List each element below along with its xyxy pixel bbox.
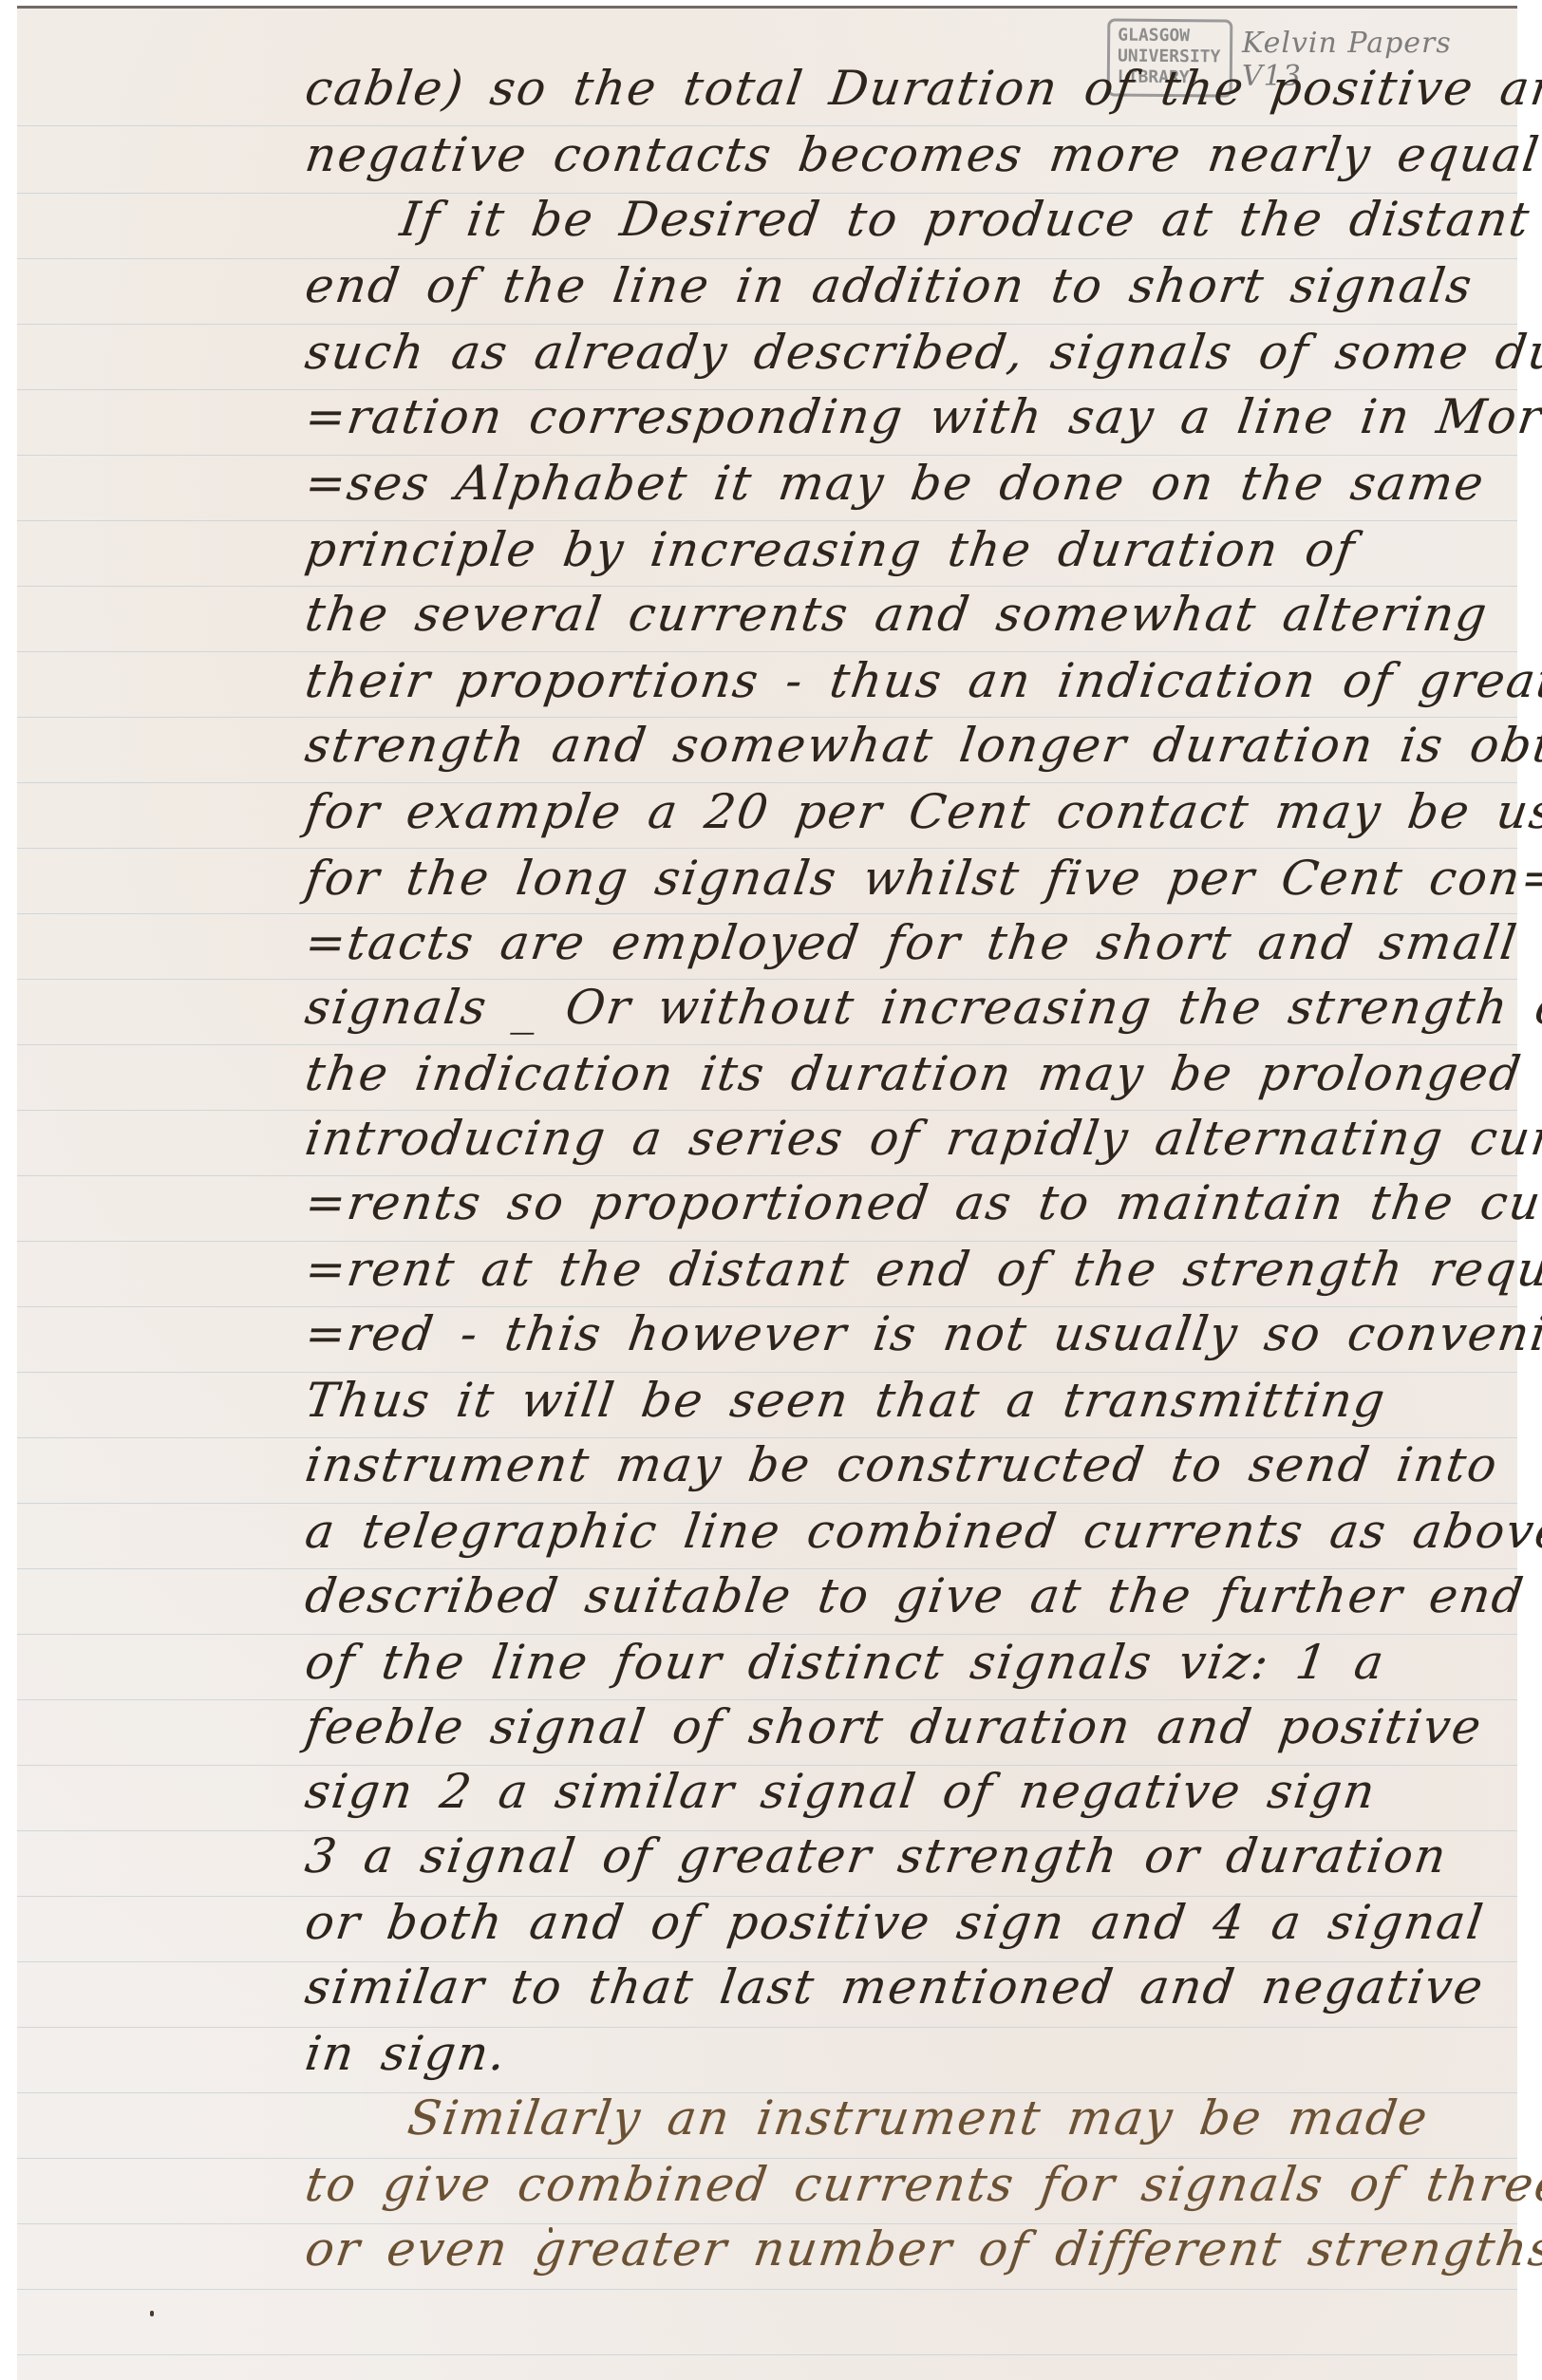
manuscript-line: the several currents and somewhat alteri… (302, 587, 1492, 642)
manuscript-line: principle by increasing the duration of (302, 522, 1360, 577)
manuscript-line: in sign. (302, 2026, 511, 2081)
manuscript-line: for the long signals whilst five per Cen… (302, 851, 1542, 906)
manuscript-line: 3 a signal of greater strength or durati… (302, 1828, 1451, 1883)
manuscript-line: described suitable to give at the furthe… (302, 1568, 1529, 1623)
manuscript-line: =ration corresponding with say a line in… (302, 389, 1542, 444)
manuscript-line: =red - this however is not usually so co… (302, 1306, 1542, 1361)
manuscript-line: signals _ Or without increasing the stre… (302, 980, 1542, 1035)
manuscript-line: the indication its duration may be prolo… (302, 1046, 1542, 1101)
manuscript-text: cable) so the total Duration of the posi… (17, 6, 1517, 2380)
manuscript-line: cable) so the total Duration of the posi… (302, 61, 1542, 116)
manuscript-line: for example a 20 per Cent contact may be… (302, 784, 1542, 839)
manuscript-line: such as already described, signals of so… (302, 325, 1542, 380)
manuscript-line: strength and somewhat longer duration is… (302, 718, 1542, 773)
manuscript-line: negative contacts becomes more nearly eq… (302, 127, 1542, 182)
manuscript-line: =ses Alphabet it may be done on the same (302, 456, 1489, 511)
manuscript-line: or both and of positive sign and 4 a sig… (302, 1895, 1488, 1950)
manuscript-line: =tacts are employed for the short and sm… (302, 915, 1521, 970)
manuscript-line: or even greater number of different stre… (302, 2221, 1542, 2277)
ink-speck (150, 2311, 154, 2316)
manuscript-line: =rent at the distant end of the strength… (302, 1242, 1542, 1297)
manuscript-line: of the line four distinct signals viz: 1… (302, 1635, 1389, 1690)
manuscript-page: GLASGOW UNIVERSITY LIBRARY: Kelvin Paper… (17, 6, 1517, 2380)
manuscript-line: to give combined currents for signals of… (302, 2157, 1542, 2212)
manuscript-line: sign 2 a similar signal of negative sign (302, 1764, 1380, 1819)
manuscript-line: a telegraphic line combined currents as … (302, 1504, 1542, 1559)
manuscript-line: Similarly an instrument may be made (404, 2090, 1432, 2146)
manuscript-line: =rents so proportioned as to maintain th… (302, 1175, 1542, 1230)
manuscript-line: instrument may be constructed to send in… (302, 1437, 1502, 1492)
manuscript-line: end of the line in addition to short sig… (302, 258, 1476, 313)
manuscript-line: similar to that last mentioned and negat… (302, 1959, 1488, 2015)
manuscript-line: their proportions - thus an indication o… (302, 653, 1542, 708)
ink-speck (549, 2227, 553, 2233)
manuscript-line: Thus it will be seen that a transmitting (302, 1373, 1390, 1428)
manuscript-line: feeble signal of short duration and posi… (302, 1699, 1486, 1754)
manuscript-line: introducing a series of rapidly alternat… (302, 1111, 1542, 1166)
manuscript-line: If it be Desired to produce at the dista… (397, 192, 1534, 247)
